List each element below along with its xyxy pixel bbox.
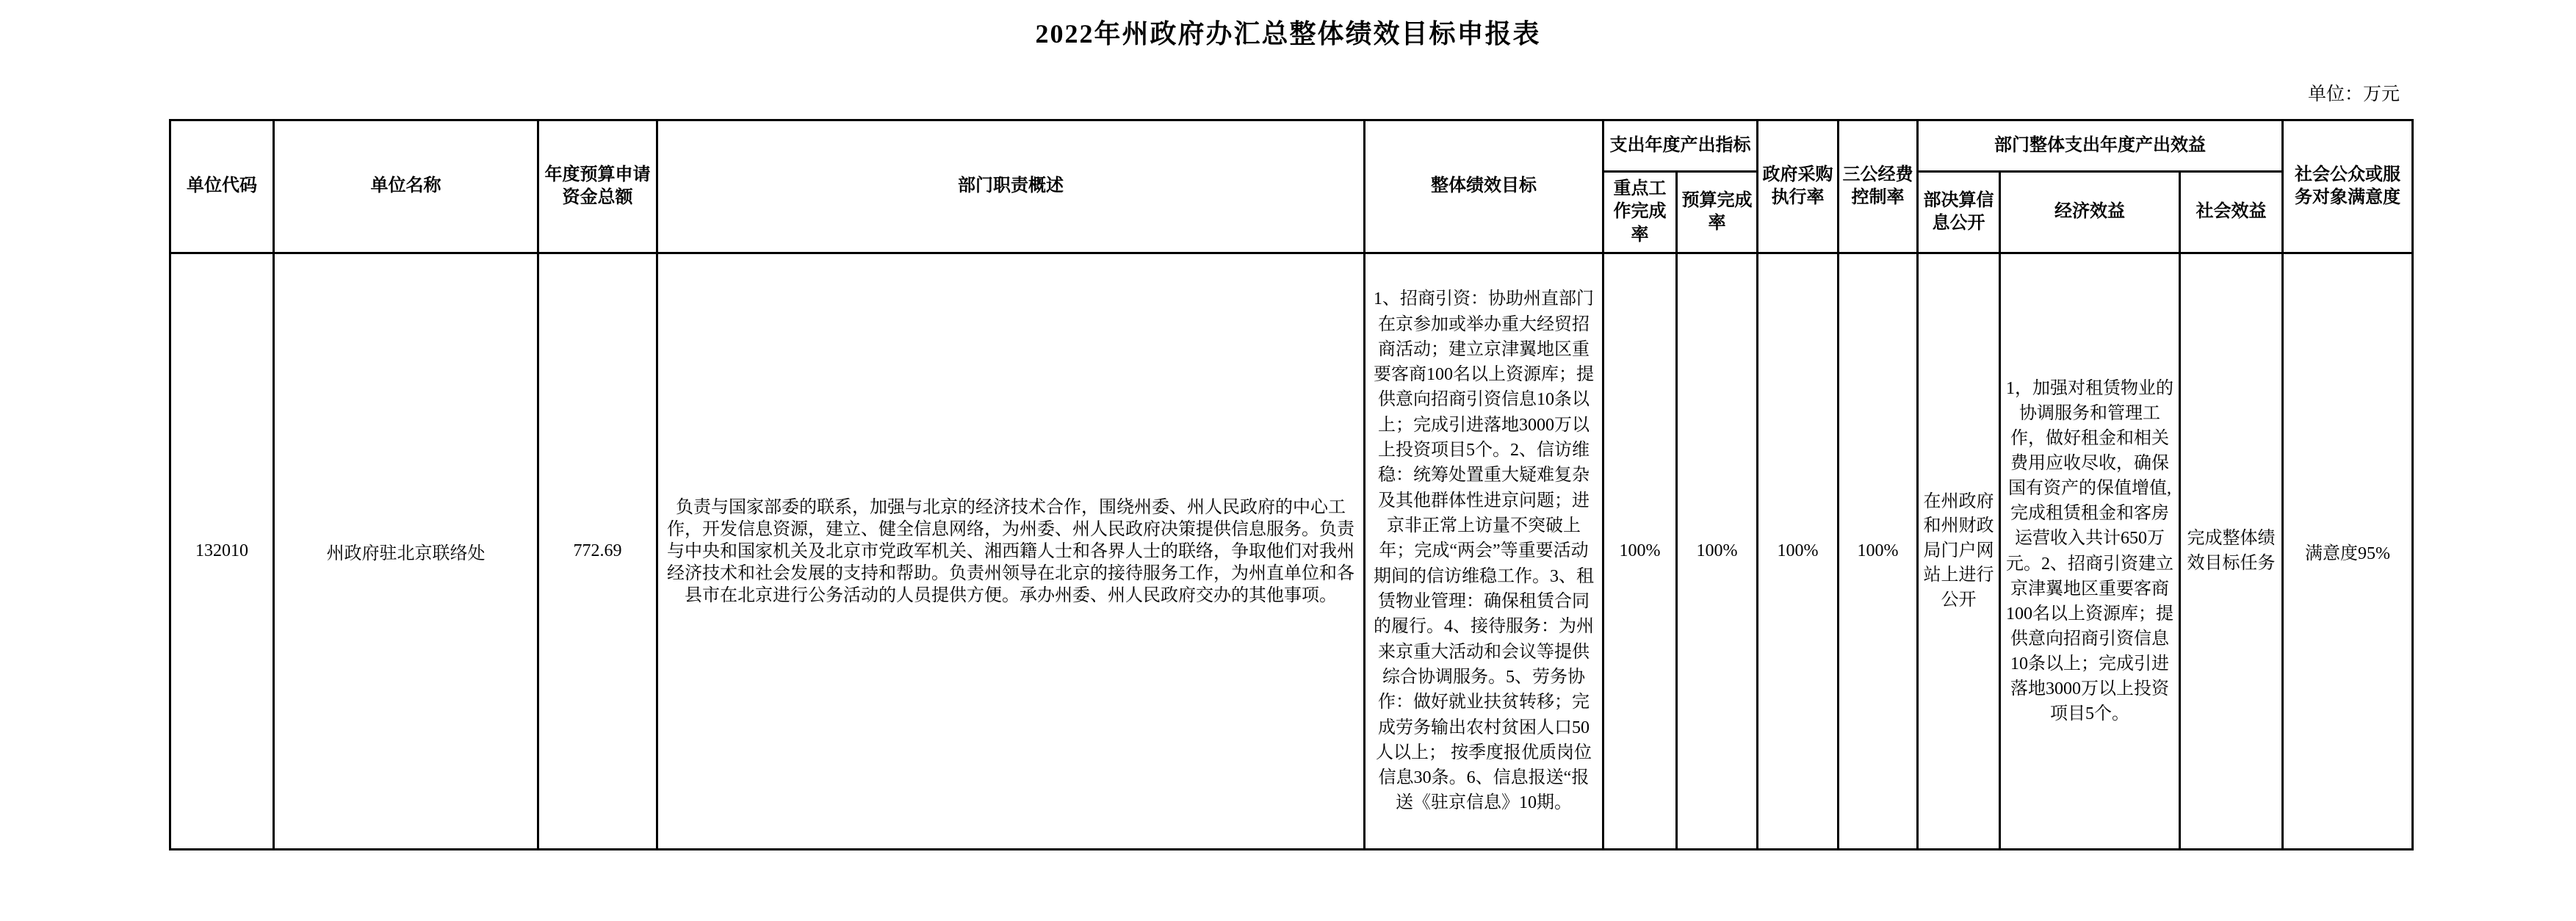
cell-unit-code: 132010: [170, 253, 274, 850]
cell-procurement-rate: 100%: [1758, 253, 1839, 850]
form-page: 2022年州政府办汇总整体绩效目标申报表 单位：万元 单位代码 单位名称 年度预…: [0, 0, 2576, 921]
col-header-disclosure: 部决算信息公开: [1918, 172, 2000, 253]
performance-target-table: 单位代码 单位名称 年度预算申请资金总额 部门职责概述 整体绩效目标 支出年度产…: [169, 119, 2414, 850]
col-header-satisfaction: 社会公众或服务对象满意度: [2283, 120, 2413, 253]
cell-unit-name: 州政府驻北京联络处: [274, 253, 538, 850]
unit-note: 单位：万元: [169, 79, 2411, 106]
cell-overall-target: 1、招商引资：协助州直部门在京参加或举办重大经贸招商活动；建立京津翼地区重要客商…: [1365, 253, 1603, 850]
col-group-output-indicators: 支出年度产出指标: [1603, 120, 1758, 172]
table-row: 132010 州政府驻北京联络处 772.69 负责与国家部委的联系，加强与北京…: [170, 253, 2413, 850]
col-header-procurement-rate: 政府采购执行率: [1758, 120, 1839, 253]
page-title: 2022年州政府办汇总整体绩效目标申报表: [0, 13, 2576, 51]
col-header-social-benefit: 社会效益: [2180, 172, 2283, 253]
cell-duty-overview: 负责与国家部委的联系，加强与北京的经济技术合作，围绕州委、州人民政府的中心工作，…: [657, 253, 1365, 850]
col-header-budget-rate: 预算完成率: [1677, 172, 1758, 253]
cell-key-work-rate: 100%: [1603, 253, 1677, 850]
col-header-economic-benefit: 经济效益: [2000, 172, 2180, 253]
col-header-annual-budget: 年度预算申请资金总额: [538, 120, 657, 253]
col-header-duty-overview: 部门职责概述: [657, 120, 1365, 253]
col-header-key-work-rate: 重点工作完成率: [1603, 172, 1677, 253]
cell-budget-rate: 100%: [1677, 253, 1758, 850]
col-group-annual-benefit: 部门整体支出年度产出效益: [1918, 120, 2283, 172]
col-header-overall-target: 整体绩效目标: [1365, 120, 1603, 253]
cell-economic-benefit: 1，加强对租赁物业的协调服务和管理工作，做好租金和相关费用应收尽收，确保国有资产…: [2000, 253, 2180, 850]
cell-three-public-rate: 100%: [1839, 253, 1918, 850]
col-header-three-public-rate: 三公经费控制率: [1839, 120, 1918, 253]
col-header-unit-name: 单位名称: [274, 120, 538, 253]
col-header-unit-code: 单位代码: [170, 120, 274, 253]
cell-satisfaction: 满意度95%: [2283, 253, 2413, 850]
cell-social-benefit: 完成整体绩效目标任务: [2180, 253, 2283, 850]
cell-annual-budget: 772.69: [538, 253, 657, 850]
cell-disclosure: 在州政府和州财政局门户网站上进行公开: [1918, 253, 2000, 850]
